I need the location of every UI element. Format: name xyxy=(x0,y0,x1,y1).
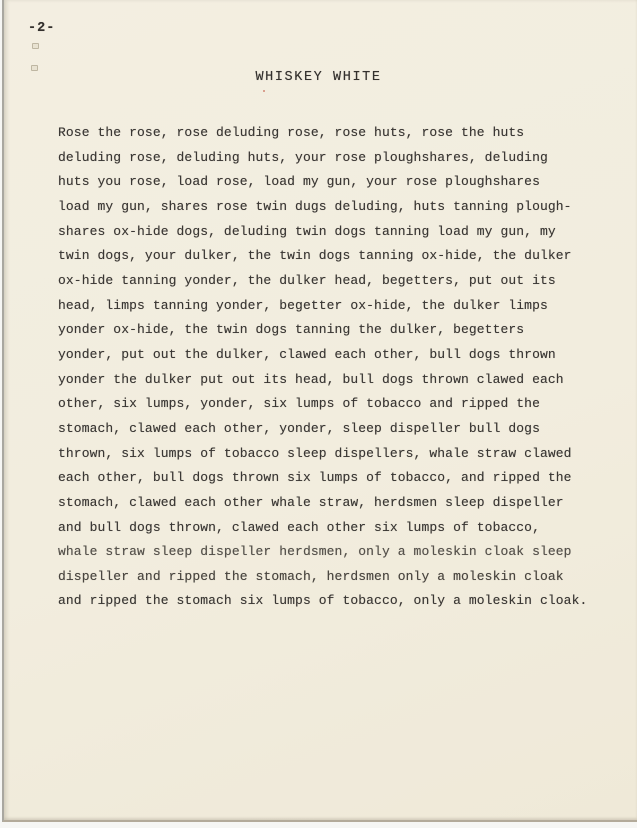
body-line: and ripped the stomach six lumps of toba… xyxy=(58,589,603,614)
body-line: huts you rose, load rose, load my gun, y… xyxy=(58,170,603,195)
body-line: yonder, put out the dulker, clawed each … xyxy=(58,343,603,368)
body-line: whale straw sleep dispeller herdsmen, on… xyxy=(58,540,603,565)
body-line: other, six lumps, yonder, six lumps of t… xyxy=(58,392,603,417)
ink-speck xyxy=(263,90,265,92)
smudge-mark xyxy=(32,43,39,49)
body-line: and bull dogs thrown, clawed each other … xyxy=(58,516,603,541)
body-line: stomach, clawed each other whale straw, … xyxy=(58,491,603,516)
scanned-page: -2- WHISKEY WHITE Rose the rose, rose de… xyxy=(0,0,637,828)
body-line: dispeller and ripped the stomach, herdsm… xyxy=(58,565,603,590)
body-line: deluding rose, deluding huts, your rose … xyxy=(58,146,603,171)
page-number: -2- xyxy=(28,21,55,36)
body-line: yonder the dulker put out its head, bull… xyxy=(58,368,603,393)
document-title: WHISKEY WHITE xyxy=(0,70,637,85)
body-text: Rose the rose, rose deluding rose, rose … xyxy=(58,121,603,614)
body-line: thrown, six lumps of tobacco sleep dispe… xyxy=(58,442,603,467)
body-line: stomach, clawed each other, yonder, slee… xyxy=(58,417,603,442)
body-line: each other, bull dogs thrown six lumps o… xyxy=(58,466,603,491)
body-line: head, limps tanning yonder, begetter ox-… xyxy=(58,294,603,319)
body-line: Rose the rose, rose deluding rose, rose … xyxy=(58,121,603,146)
body-line: twin dogs, your dulker, the twin dogs ta… xyxy=(58,244,603,269)
body-line: shares ox-hide dogs, deluding twin dogs … xyxy=(58,220,603,245)
body-line: load my gun, shares rose twin dugs delud… xyxy=(58,195,603,220)
body-line: yonder ox-hide, the twin dogs tanning th… xyxy=(58,318,603,343)
body-line: ox-hide tanning yonder, the dulker head,… xyxy=(58,269,603,294)
